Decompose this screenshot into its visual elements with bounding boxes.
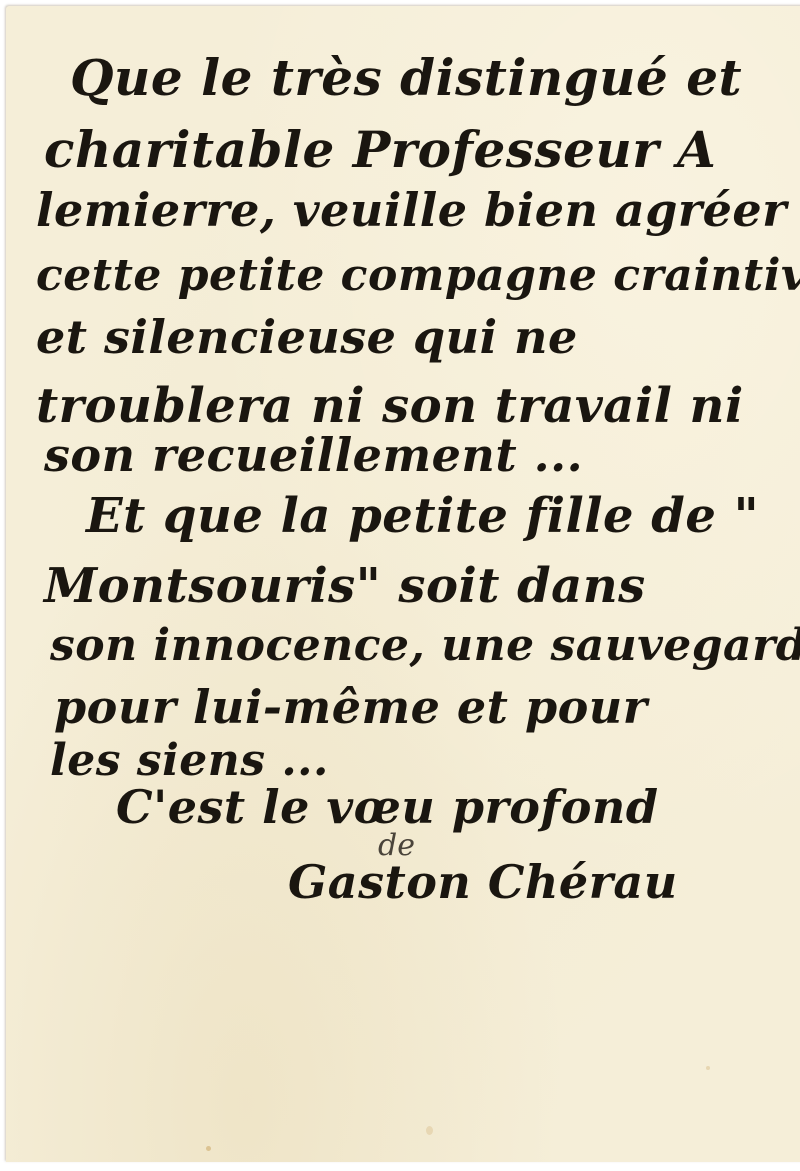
letter-line: cette petite compagne craintive	[36, 250, 800, 301]
letter-line: pour lui-même et pour	[54, 680, 647, 734]
letter-line: Et que la petite fille de "	[86, 488, 759, 544]
letter-line: Montsouris" soit dans	[44, 558, 646, 614]
letter-line: lemierre, veuille bien agréer	[36, 183, 787, 237]
signature: Gaston Chérau	[288, 855, 678, 909]
letter-line: les siens ...	[50, 735, 329, 786]
paper-stain	[706, 1066, 710, 1070]
paper-stain	[206, 1146, 211, 1151]
paper-stain	[426, 1126, 433, 1135]
letter-line: C'est le vœu profond	[116, 780, 659, 834]
letter-line: son innocence, une sauvegarde	[50, 620, 800, 671]
letter-line: son recueillement ...	[44, 428, 583, 482]
letter-line: charitable Professeur A	[44, 120, 716, 179]
letter-line: troublera ni son travail ni	[36, 378, 744, 434]
letter-line: Que le très distingué et	[70, 48, 742, 107]
letter-line: et silencieuse qui ne	[36, 310, 578, 364]
